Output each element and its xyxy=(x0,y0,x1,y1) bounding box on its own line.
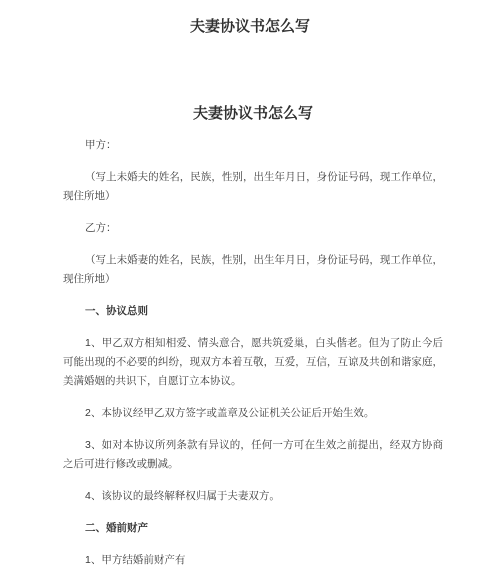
document-title: 夫妻协议书怎么写 xyxy=(63,103,443,125)
document-body: 夫妻协议书怎么写 甲方： （写上未婚夫的姓名，民族，性别，出生年月日，身份证号码… xyxy=(0,103,500,565)
clause-general-4: 4、该协议的最终解释权归属于夫妻双方。 xyxy=(63,487,443,506)
clause-general-2: 2、本协议经甲乙双方签字或盖章及公证机关公证后开始生效。 xyxy=(63,404,443,423)
clause-general-3: 3、如对本协议所列条款有异议的，任何一方可在生效之前提出，经双方协商之后可进行修… xyxy=(63,436,443,474)
clause-general-1: 1、甲乙双方相知相爱、情头意合，愿共筑爱巢，白头偕老。但为了防止今后可能出现的不… xyxy=(63,334,443,391)
clause-premarital-1-partial: 1、甲方结婚前财产有 xyxy=(63,551,443,565)
page-title: 夫妻协议书怎么写 xyxy=(0,16,500,38)
party-a-label: 甲方： xyxy=(63,136,443,155)
party-b-label: 乙方： xyxy=(63,219,443,238)
party-a-description: （写上未婚夫的姓名，民族，性别，出生年月日，身份证号码，现工作单位，现住所地） xyxy=(63,168,443,206)
section-heading-premarital-property: 二、婚前财产 xyxy=(63,519,443,538)
section-heading-general-principles: 一、协议总则 xyxy=(63,302,443,321)
party-b-description: （写上未婚妻的姓名，民族，性别，出生年月日，身份证号码，现工作单位，现住所地） xyxy=(63,251,443,289)
